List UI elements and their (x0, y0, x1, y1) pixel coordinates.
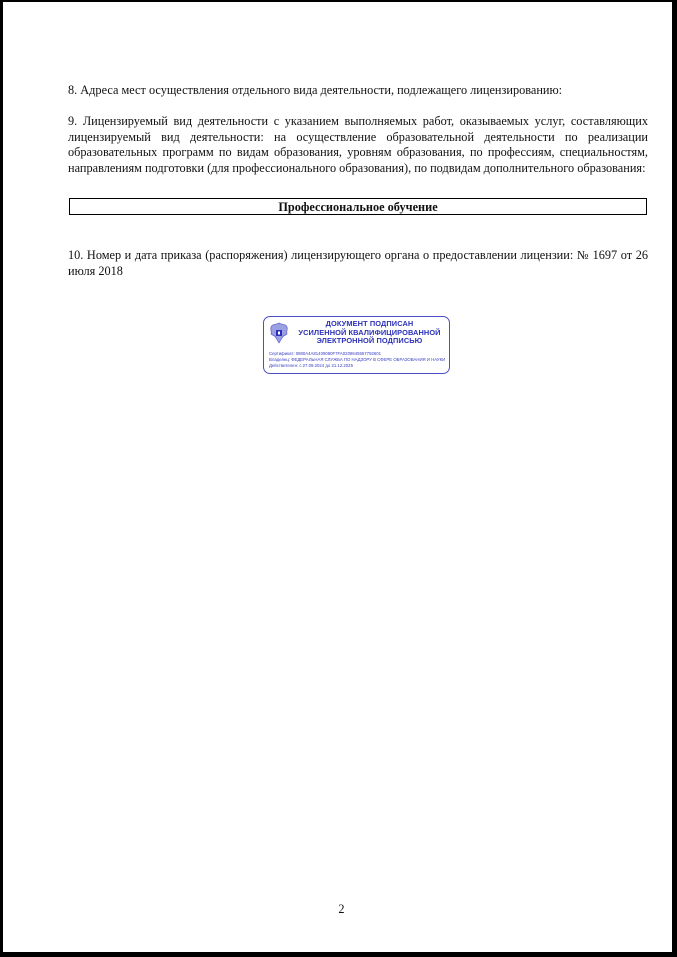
page-number: 2 (3, 902, 677, 917)
document-page: 8. Адреса мест осуществления отдельного … (0, 0, 677, 957)
coat-of-arms-icon (269, 322, 289, 344)
licensed-activity-box: Профессиональное обучение (69, 198, 647, 215)
item-10-text: 10. Номер и дата приказа (распоряжения) … (68, 248, 648, 279)
stamp-details: Сертификат: 0880A4A81409080F7FA020864555… (269, 351, 449, 369)
item-8-text: 8. Адреса мест осуществления отдельного … (68, 83, 648, 99)
electronic-signature-stamp: ДОКУМЕНТ ПОДПИСАН УСИЛЕННОЙ КВАЛИФИЦИРОВ… (263, 316, 450, 374)
item-9-text: 9. Лицензируемый вид деятельности с указ… (68, 114, 648, 176)
stamp-title-line-3: ЭЛЕКТРОННОЙ ПОДПИСЬЮ (292, 337, 447, 346)
stamp-title: ДОКУМЕНТ ПОДПИСАН УСИЛЕННОЙ КВАЛИФИЦИРОВ… (292, 320, 447, 346)
stamp-validity: Действителен: с 27.09.2024 до 21.12.2025 (269, 363, 449, 369)
